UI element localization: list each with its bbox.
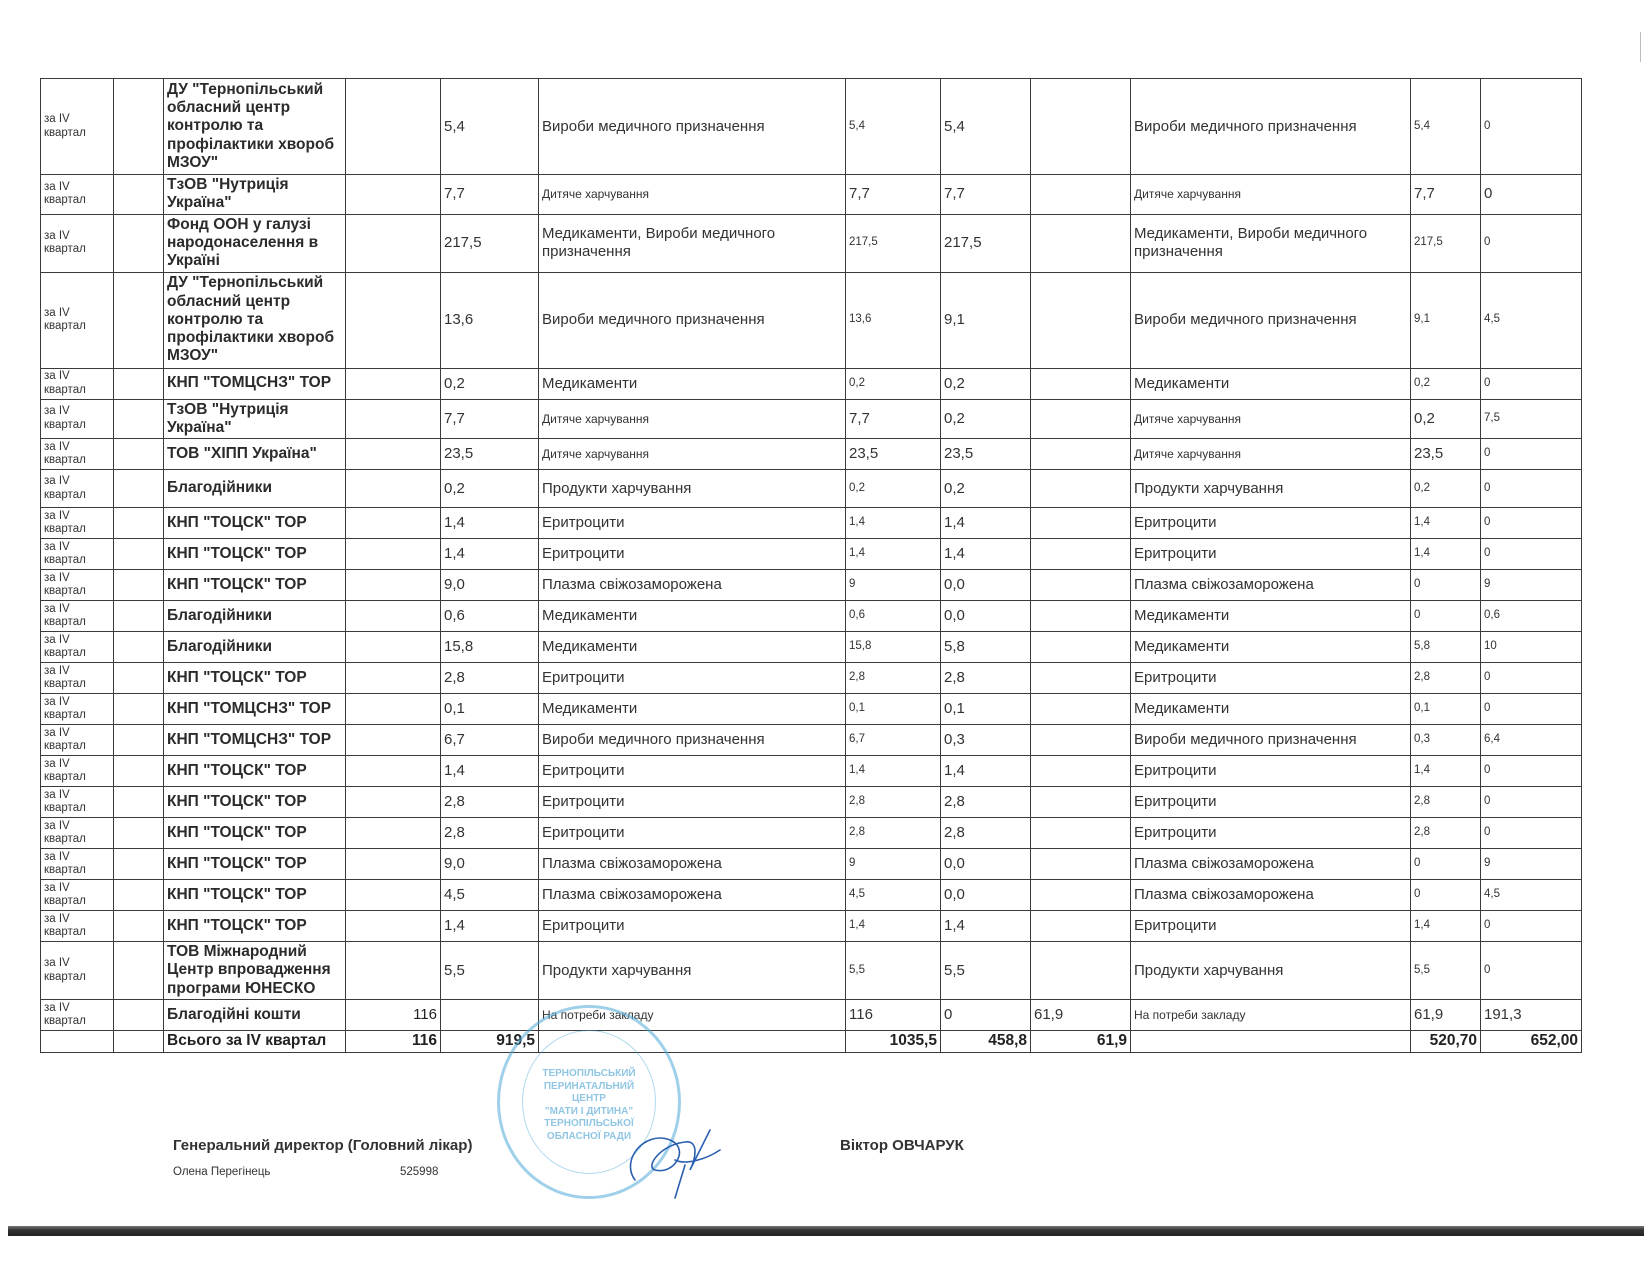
value5-cell: 0 — [1481, 756, 1582, 787]
period-cell: за IV квартал — [41, 911, 114, 942]
stamp-line: ТЕРНОПІЛЬСЬКОЇ — [535, 1118, 643, 1131]
value4-cell: 0 — [1411, 849, 1481, 880]
table-row: за IV кварталКНП "ТОЦСК" ТОР9,0Плазма св… — [41, 570, 1582, 601]
table-row: за IV кварталКНП "ТОЦСК" ТОР1,4Еритроцит… — [41, 539, 1582, 570]
received-cell: 2,8 — [441, 787, 539, 818]
value2-cell: 5,8 — [941, 632, 1031, 663]
value2-cell: 0,0 — [941, 570, 1031, 601]
value5-cell: 4,5 — [1481, 880, 1582, 911]
value2-cell: 2,8 — [941, 663, 1031, 694]
value5-cell: 4,5 — [1481, 272, 1582, 368]
value4-cell: 1,4 — [1411, 508, 1481, 539]
value1-cell: 1,4 — [846, 508, 941, 539]
value3-cell — [1031, 756, 1131, 787]
description-cell: Дитяче харчування — [539, 399, 846, 439]
value3-cell — [1031, 539, 1131, 570]
organization-cell: Фонд ООН у галузі народонаселення в Укра… — [164, 214, 346, 272]
col2-cell — [114, 725, 164, 756]
description2-cell: Вироби медичного призначення — [1131, 79, 1411, 175]
col2-cell — [114, 470, 164, 508]
value3-cell — [1031, 911, 1131, 942]
value2-cell: 0,2 — [941, 470, 1031, 508]
table-row: за IV кварталТОВ Міжнародний Центр впров… — [41, 942, 1582, 1000]
description-cell: Еритроцити — [539, 911, 846, 942]
received-cell: 1,4 — [441, 911, 539, 942]
cash-cell — [346, 756, 441, 787]
received-cell: 7,7 — [441, 399, 539, 439]
value5-cell: 0 — [1481, 663, 1582, 694]
value1-cell: 7,7 — [846, 399, 941, 439]
value1-cell: 6,7 — [846, 725, 941, 756]
cash-cell — [346, 911, 441, 942]
col2-cell — [114, 214, 164, 272]
period-cell: за IV квартал — [41, 570, 114, 601]
description2-cell: Медикаменти, Вироби медичного призначенн… — [1131, 214, 1411, 272]
period-cell: за IV квартал — [41, 942, 114, 1000]
cash-cell — [346, 818, 441, 849]
value4-cell: 1,4 — [1411, 539, 1481, 570]
value5-cell: 191,3 — [1481, 1000, 1582, 1031]
cash-cell: 116 — [346, 1000, 441, 1031]
value3-cell — [1031, 849, 1131, 880]
value5-cell: 0 — [1481, 368, 1582, 399]
total-row: Всього за IV квартал 116 919,5 1035,5 45… — [41, 1031, 1582, 1053]
description2-cell: Плазма свіжозаморожена — [1131, 849, 1411, 880]
organization-cell: ТОВ "ХІПП Україна" — [164, 439, 346, 470]
value1-cell: 2,8 — [846, 663, 941, 694]
organization-cell: КНП "ТОЦСК" ТОР — [164, 818, 346, 849]
description2-cell: Вироби медичного призначення — [1131, 272, 1411, 368]
description2-cell: Еритроцити — [1131, 539, 1411, 570]
table-row: за IV кварталКНП "ТОЦСК" ТОР1,4Еритроцит… — [41, 756, 1582, 787]
value2-cell: 0,0 — [941, 880, 1031, 911]
organization-cell: КНП "ТОЦСК" ТОР — [164, 787, 346, 818]
value1-cell: 0,2 — [846, 470, 941, 508]
period-cell: за IV квартал — [41, 694, 114, 725]
director-position: Генеральний директор (Головний лікар) — [173, 1137, 472, 1154]
organization-cell: Благодійні кошти — [164, 1000, 346, 1031]
received-cell: 1,4 — [441, 508, 539, 539]
description-cell: Продукти харчування — [539, 470, 846, 508]
period-cell: за IV квартал — [41, 214, 114, 272]
value3-cell — [1031, 175, 1131, 215]
value4-cell: 7,7 — [1411, 175, 1481, 215]
table-row: за IV кварталКНП "ТОЦСК" ТОР4,5Плазма св… — [41, 880, 1582, 911]
director-name: Віктор ОВЧАРУК — [840, 1137, 964, 1154]
donations-report-table: за IV кварталДУ "Тернопільський обласний… — [40, 78, 1582, 1053]
col2-cell — [114, 1000, 164, 1031]
value3-cell — [1031, 368, 1131, 399]
description-cell: Медикаменти — [539, 632, 846, 663]
value5-cell: 7,5 — [1481, 399, 1582, 439]
period-cell: за IV квартал — [41, 272, 114, 368]
table-row: за IV кварталБлагодійники0,6Медикаменти0… — [41, 601, 1582, 632]
description2-cell: Еритроцити — [1131, 508, 1411, 539]
value1-cell: 23,5 — [846, 439, 941, 470]
description-cell: Продукти харчування — [539, 942, 846, 1000]
col2-cell — [114, 880, 164, 911]
value2-cell: 1,4 — [941, 539, 1031, 570]
cash-cell — [346, 880, 441, 911]
description-cell: Вироби медичного призначення — [539, 725, 846, 756]
value1-cell: 116 — [846, 1000, 941, 1031]
value3-cell — [1031, 880, 1131, 911]
value3-cell — [1031, 470, 1131, 508]
period-cell: за IV квартал — [41, 470, 114, 508]
description-cell: Плазма свіжозаморожена — [539, 880, 846, 911]
value5-cell: 10 — [1481, 632, 1582, 663]
received-cell: 2,8 — [441, 663, 539, 694]
value5-cell: 0 — [1481, 911, 1582, 942]
organization-cell: КНП "ТОЦСК" ТОР — [164, 756, 346, 787]
description-cell: Еритроцити — [539, 787, 846, 818]
executor-phone: 525998 — [400, 1166, 438, 1178]
cash-cell — [346, 663, 441, 694]
value5-cell: 0 — [1481, 214, 1582, 272]
value3-cell — [1031, 694, 1131, 725]
cash-cell — [346, 272, 441, 368]
total-v1: 1035,5 — [846, 1031, 941, 1053]
table-row: за IV кварталТзОВ "Нутриція Україна"7,7Д… — [41, 175, 1582, 215]
description-cell: Медикаменти, Вироби медичного призначенн… — [539, 214, 846, 272]
value4-cell: 0 — [1411, 601, 1481, 632]
description2-cell: Вироби медичного призначення — [1131, 725, 1411, 756]
value5-cell: 0 — [1481, 942, 1582, 1000]
table-row: за IV кварталБлагодійники15,8Медикаменти… — [41, 632, 1582, 663]
value3-cell — [1031, 663, 1131, 694]
value4-cell: 217,5 — [1411, 214, 1481, 272]
description-cell: Еритроцити — [539, 539, 846, 570]
col2-cell — [114, 787, 164, 818]
cash-cell — [346, 368, 441, 399]
value4-cell: 9,1 — [1411, 272, 1481, 368]
value1-cell: 1,4 — [846, 539, 941, 570]
description-cell: Дитяче харчування — [539, 439, 846, 470]
description2-cell: Еритроцити — [1131, 911, 1411, 942]
value2-cell: 2,8 — [941, 787, 1031, 818]
period-cell: за IV квартал — [41, 787, 114, 818]
description2-cell: Дитяче харчування — [1131, 175, 1411, 215]
organization-cell: ДУ "Тернопільський обласний центр контро… — [164, 79, 346, 175]
organization-cell: КНП "ТОЦСК" ТОР — [164, 849, 346, 880]
col2-cell — [114, 439, 164, 470]
value4-cell: 1,4 — [1411, 756, 1481, 787]
description2-cell: Еритроцити — [1131, 818, 1411, 849]
value5-cell: 6,4 — [1481, 725, 1582, 756]
organization-cell: ТОВ Міжнародний Центр впровадження прогр… — [164, 942, 346, 1000]
period-cell: за IV квартал — [41, 818, 114, 849]
value2-cell: 5,4 — [941, 79, 1031, 175]
total-label: Всього за IV квартал — [164, 1031, 346, 1053]
col2-cell — [114, 175, 164, 215]
col2-cell — [114, 601, 164, 632]
description2-cell: Медикаменти — [1131, 368, 1411, 399]
col2-cell — [114, 942, 164, 1000]
value2-cell: 0,3 — [941, 725, 1031, 756]
value2-cell: 7,7 — [941, 175, 1031, 215]
value2-cell: 9,1 — [941, 272, 1031, 368]
total-desc-empty — [539, 1031, 846, 1053]
received-cell: 9,0 — [441, 849, 539, 880]
organization-cell: ТзОВ "Нутриція Україна" — [164, 399, 346, 439]
col2-cell — [114, 570, 164, 601]
description2-cell: Плазма свіжозаморожена — [1131, 570, 1411, 601]
period-cell: за IV квартал — [41, 632, 114, 663]
value2-cell: 1,4 — [941, 756, 1031, 787]
received-cell — [441, 1000, 539, 1031]
value1-cell: 2,8 — [846, 787, 941, 818]
cash-cell — [346, 79, 441, 175]
received-cell: 5,5 — [441, 942, 539, 1000]
description-cell: Медикаменти — [539, 694, 846, 725]
total-period-cell — [41, 1031, 114, 1053]
received-cell: 0,6 — [441, 601, 539, 632]
received-cell: 1,4 — [441, 539, 539, 570]
table-row: за IV кварталБлагодійники0,2Продукти хар… — [41, 470, 1582, 508]
executor-name: Олена Перегінець — [173, 1166, 270, 1178]
value2-cell: 1,4 — [941, 508, 1031, 539]
received-cell: 7,7 — [441, 175, 539, 215]
stamp-text: ТЕРНОПІЛЬСЬКИЙПЕРИНАТАЛЬНИЙЦЕНТР"МАТИ І … — [535, 1068, 643, 1143]
value4-cell: 0,2 — [1411, 399, 1481, 439]
period-cell: за IV квартал — [41, 725, 114, 756]
cash-cell — [346, 508, 441, 539]
received-cell: 0,2 — [441, 368, 539, 399]
value5-cell: 0 — [1481, 470, 1582, 508]
table-row: за IV кварталФонд ООН у галузі народонас… — [41, 214, 1582, 272]
cash-cell — [346, 601, 441, 632]
description-cell: Плазма свіжозаморожена — [539, 849, 846, 880]
col2-cell — [114, 632, 164, 663]
table-row: за IV кварталДУ "Тернопільський обласний… — [41, 272, 1582, 368]
period-cell: за IV квартал — [41, 601, 114, 632]
table-row: за IV кварталКНП "ТОЦСК" ТОР2,8Еритроцит… — [41, 663, 1582, 694]
col2-cell — [114, 508, 164, 539]
description2-cell: Медикаменти — [1131, 601, 1411, 632]
organization-cell: КНП "ТОЦСК" ТОР — [164, 663, 346, 694]
description2-cell: Еритроцити — [1131, 787, 1411, 818]
value1-cell: 15,8 — [846, 632, 941, 663]
organization-cell: Благодійники — [164, 632, 346, 663]
received-cell: 0,2 — [441, 470, 539, 508]
description2-cell: Еритроцити — [1131, 756, 1411, 787]
value4-cell: 23,5 — [1411, 439, 1481, 470]
value5-cell: 0 — [1481, 175, 1582, 215]
description2-cell: Дитяче харчування — [1131, 399, 1411, 439]
cash-cell — [346, 539, 441, 570]
value4-cell: 1,4 — [1411, 911, 1481, 942]
period-cell: за IV квартал — [41, 849, 114, 880]
period-cell: за IV квартал — [41, 1000, 114, 1031]
value1-cell: 1,4 — [846, 756, 941, 787]
value4-cell: 5,4 — [1411, 79, 1481, 175]
description2-cell: На потреби закладу — [1131, 1000, 1411, 1031]
cash-cell — [346, 632, 441, 663]
stamp-line: "МАТИ І ДИТИНА" — [535, 1106, 643, 1119]
description-cell: Медикаменти — [539, 601, 846, 632]
table-row: за IV кварталКНП "ТОЦСК" ТОР1,4Еритроцит… — [41, 508, 1582, 539]
total-v5: 652,00 — [1481, 1031, 1582, 1053]
total-empty-cell — [114, 1031, 164, 1053]
stamp-line: ТЕРНОПІЛЬСЬКИЙ — [535, 1068, 643, 1081]
value3-cell — [1031, 570, 1131, 601]
table-row: за IV кварталКНП "ТОМЦСНЗ" ТОР6,7Вироби … — [41, 725, 1582, 756]
table-row: за IV кварталКНП "ТОМЦСНЗ" ТОР0,1Медикам… — [41, 694, 1582, 725]
received-cell: 13,6 — [441, 272, 539, 368]
value1-cell: 7,7 — [846, 175, 941, 215]
value2-cell: 1,4 — [941, 911, 1031, 942]
description2-cell: Еритроцити — [1131, 663, 1411, 694]
value3-cell — [1031, 272, 1131, 368]
received-cell: 4,5 — [441, 880, 539, 911]
table-row: за IV кварталКНП "ТОЦСК" ТОР9,0Плазма св… — [41, 849, 1582, 880]
value1-cell: 5,4 — [846, 79, 941, 175]
total-cash: 116 — [346, 1031, 441, 1053]
value2-cell: 0,2 — [941, 399, 1031, 439]
value1-cell: 13,6 — [846, 272, 941, 368]
organization-cell: КНП "ТОЦСК" ТОР — [164, 539, 346, 570]
total-v3: 61,9 — [1031, 1031, 1131, 1053]
value1-cell: 9 — [846, 570, 941, 601]
cash-cell — [346, 470, 441, 508]
value3-cell — [1031, 787, 1131, 818]
cash-cell — [346, 570, 441, 601]
value2-cell: 5,5 — [941, 942, 1031, 1000]
received-cell: 0,1 — [441, 694, 539, 725]
organization-cell: КНП "ТОМЦСНЗ" ТОР — [164, 368, 346, 399]
description2-cell: Продукти харчування — [1131, 470, 1411, 508]
value5-cell: 0 — [1481, 694, 1582, 725]
cash-cell — [346, 849, 441, 880]
table-row: за IV кварталТзОВ "Нутриція Україна"7,7Д… — [41, 399, 1582, 439]
value1-cell: 0,6 — [846, 601, 941, 632]
table-row: за IV кварталДУ "Тернопільський обласний… — [41, 79, 1582, 175]
value4-cell: 2,8 — [1411, 818, 1481, 849]
value2-cell: 217,5 — [941, 214, 1031, 272]
description-cell: Вироби медичного призначення — [539, 272, 846, 368]
period-cell: за IV квартал — [41, 399, 114, 439]
table-row: за IV кварталКНП "ТОЦСК" ТОР1,4Еритроцит… — [41, 911, 1582, 942]
value1-cell: 5,5 — [846, 942, 941, 1000]
signature-icon — [615, 1120, 725, 1200]
table-row: за IV кварталКНП "ТОЦСК" ТОР2,8Еритроцит… — [41, 787, 1582, 818]
value2-cell: 2,8 — [941, 818, 1031, 849]
value5-cell: 0 — [1481, 818, 1582, 849]
col2-cell — [114, 399, 164, 439]
scanned-document-page: за IV кварталДУ "Тернопільський обласний… — [0, 0, 1650, 1275]
organization-cell: КНП "ТОЦСК" ТОР — [164, 570, 346, 601]
value5-cell: 0 — [1481, 439, 1582, 470]
description-cell: Еритроцити — [539, 508, 846, 539]
description2-cell: Медикаменти — [1131, 632, 1411, 663]
value3-cell — [1031, 214, 1131, 272]
organization-cell: КНП "ТОЦСК" ТОР — [164, 911, 346, 942]
value3-cell — [1031, 942, 1131, 1000]
value4-cell: 0 — [1411, 570, 1481, 601]
col2-cell — [114, 663, 164, 694]
value1-cell: 0,2 — [846, 368, 941, 399]
period-cell: за IV квартал — [41, 368, 114, 399]
organization-cell: КНП "ТОЦСК" ТОР — [164, 880, 346, 911]
value1-cell: 9 — [846, 849, 941, 880]
col2-cell — [114, 272, 164, 368]
value3-cell — [1031, 399, 1131, 439]
period-cell: за IV квартал — [41, 539, 114, 570]
value1-cell: 1,4 — [846, 911, 941, 942]
received-cell: 6,7 — [441, 725, 539, 756]
value1-cell: 0,1 — [846, 694, 941, 725]
description-cell: Вироби медичного призначення — [539, 79, 846, 175]
received-cell: 5,4 — [441, 79, 539, 175]
period-cell: за IV квартал — [41, 508, 114, 539]
col2-cell — [114, 849, 164, 880]
description-cell: Еритроцити — [539, 818, 846, 849]
stamp-line: ОБЛАСНОЇ РАДИ — [535, 1131, 643, 1144]
scan-edge-mark — [1640, 32, 1641, 62]
table-body: за IV кварталДУ "Тернопільський обласний… — [41, 79, 1582, 1031]
description-cell: Медикаменти — [539, 368, 846, 399]
organization-cell: КНП "ТОМЦСНЗ" ТОР — [164, 694, 346, 725]
col2-cell — [114, 79, 164, 175]
organization-cell: КНП "ТОЦСК" ТОР — [164, 508, 346, 539]
cash-cell — [346, 214, 441, 272]
received-cell: 15,8 — [441, 632, 539, 663]
value5-cell: 0,6 — [1481, 601, 1582, 632]
value3-cell: 61,9 — [1031, 1000, 1131, 1031]
value2-cell: 0 — [941, 1000, 1031, 1031]
col2-cell — [114, 368, 164, 399]
received-cell: 2,8 — [441, 818, 539, 849]
received-cell: 23,5 — [441, 439, 539, 470]
value4-cell: 61,9 — [1411, 1000, 1481, 1031]
received-cell: 9,0 — [441, 570, 539, 601]
total-received: 919,5 — [441, 1031, 539, 1053]
period-cell: за IV квартал — [41, 175, 114, 215]
cash-cell — [346, 942, 441, 1000]
value3-cell — [1031, 601, 1131, 632]
value1-cell: 4,5 — [846, 880, 941, 911]
value5-cell: 0 — [1481, 508, 1582, 539]
value1-cell: 2,8 — [846, 818, 941, 849]
description2-cell: Продукти харчування — [1131, 942, 1411, 1000]
value2-cell: 23,5 — [941, 439, 1031, 470]
description-cell: На потреби закладу — [539, 1000, 846, 1031]
period-cell: за IV квартал — [41, 439, 114, 470]
organization-cell: Благодійники — [164, 470, 346, 508]
value5-cell: 0 — [1481, 539, 1582, 570]
cash-cell — [346, 694, 441, 725]
received-cell: 1,4 — [441, 756, 539, 787]
cash-cell — [346, 787, 441, 818]
col2-cell — [114, 818, 164, 849]
col2-cell — [114, 694, 164, 725]
value3-cell — [1031, 818, 1131, 849]
total-v4: 520,70 — [1411, 1031, 1481, 1053]
description2-cell: Медикаменти — [1131, 694, 1411, 725]
description-cell: Еритроцити — [539, 663, 846, 694]
col2-cell — [114, 756, 164, 787]
table-row: за IV кварталКНП "ТОМЦСНЗ" ТОР0,2Медикам… — [41, 368, 1582, 399]
period-cell: за IV квартал — [41, 880, 114, 911]
value5-cell: 9 — [1481, 849, 1582, 880]
stamp-line: ЦЕНТР — [535, 1093, 643, 1106]
value2-cell: 0,1 — [941, 694, 1031, 725]
period-cell: за IV квартал — [41, 79, 114, 175]
description2-cell: Дитяче харчування — [1131, 439, 1411, 470]
col2-cell — [114, 539, 164, 570]
cash-cell — [346, 439, 441, 470]
value4-cell: 0,2 — [1411, 368, 1481, 399]
